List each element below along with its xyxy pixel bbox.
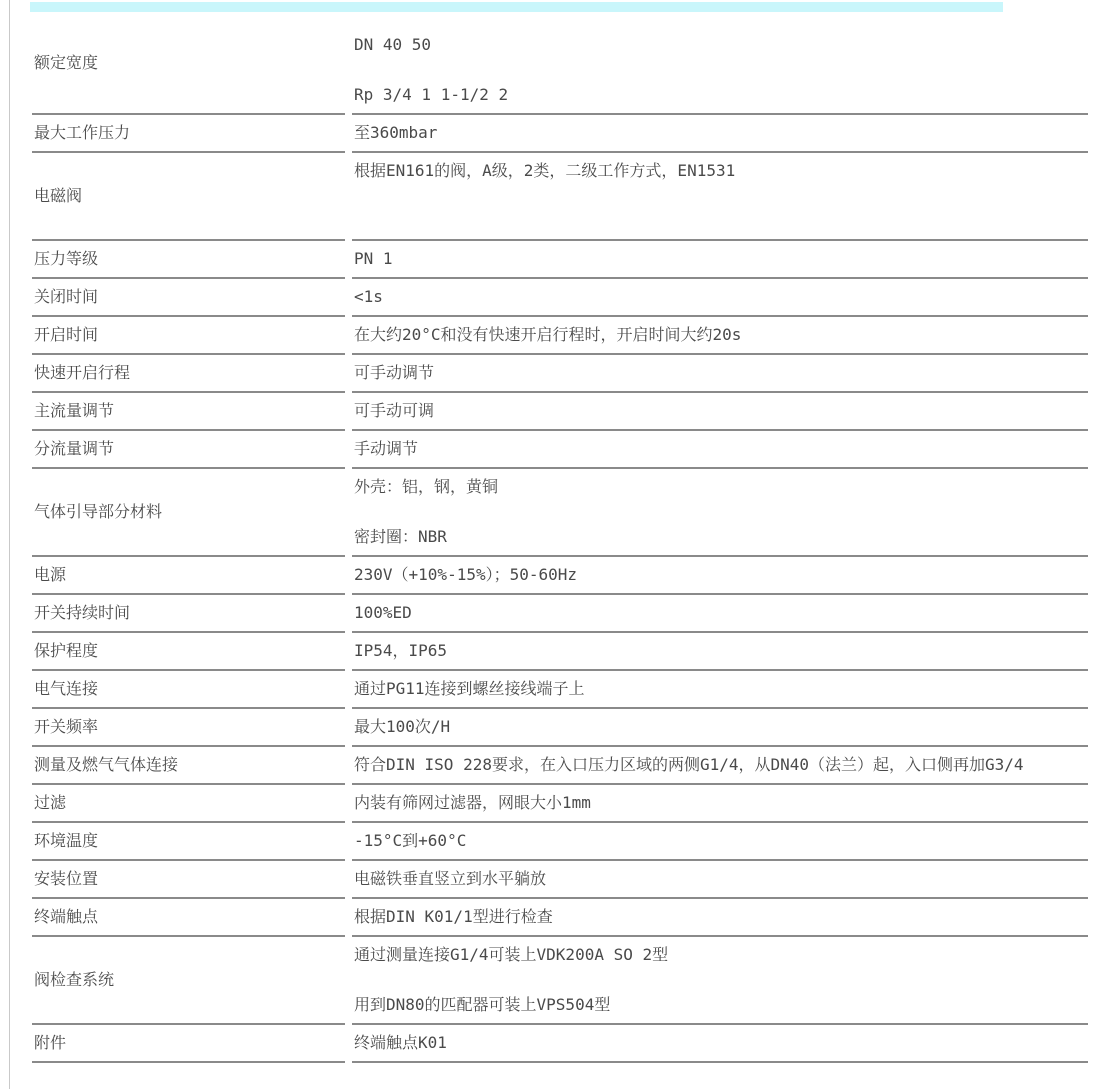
spec-label: 阀检查系统: [32, 937, 345, 1025]
spec-label: 关闭时间: [32, 279, 345, 317]
spec-label: 气体引导部分材料: [32, 469, 345, 557]
table-row: 关闭时间<1s: [32, 279, 1088, 317]
table-row: 附件终端触点K01: [32, 1025, 1088, 1063]
table-row: 阀检查系统通过测量连接G1/4可装上VDK200A SO 2型用到DN80的匹配…: [32, 937, 1088, 1025]
table-row: 保护程度IP54，IP65: [32, 633, 1088, 671]
spec-value-line: 可手动调节: [354, 362, 1086, 384]
table-row: 终端触点根据DIN K01/1型进行检查: [32, 899, 1088, 937]
table-row: 最大工作压力至360mbar: [32, 115, 1088, 153]
spec-label: 额定宽度: [32, 12, 345, 115]
spec-label: 压力等级: [32, 241, 345, 279]
spec-value-line: 100%ED: [354, 602, 1086, 624]
spec-value-line: 230V（+10%-15%）；50-60Hz: [354, 564, 1086, 586]
spec-value-line: 符合DIN ISO 228要求，在入口压力区域的两侧G1/4，从DN40（法兰）…: [354, 754, 1086, 776]
spec-value: <1s: [352, 279, 1088, 317]
spec-value: 100%ED: [352, 595, 1088, 633]
spec-value-line: 电磁铁垂直竖立到水平躺放: [354, 868, 1086, 890]
table-row: 额定宽度DN 40 50Rp 3/4 1 1-1/2 2: [32, 12, 1088, 115]
spec-value: 根据EN161的阀，A级，2类，二级工作方式，EN1531: [352, 153, 1088, 241]
page-left-rule: [9, 0, 10, 1089]
spec-value-line: 根据DIN K01/1型进行检查: [354, 906, 1086, 928]
spec-value: 可手动可调: [352, 393, 1088, 431]
spec-value: 内装有筛网过滤器，网眼大小1mm: [352, 785, 1088, 823]
spec-value: 手动调节: [352, 431, 1088, 469]
table-row: 安装位置电磁铁垂直竖立到水平躺放: [32, 861, 1088, 899]
spec-value-line: 在大约20°C和没有快速开启行程时，开启时间大约20s: [354, 324, 1086, 346]
spec-label: 终端触点: [32, 899, 345, 937]
spec-value-line: 可手动可调: [354, 400, 1086, 422]
table-row: 快速开启行程可手动调节: [32, 355, 1088, 393]
spec-value: IP54，IP65: [352, 633, 1088, 671]
spec-value-line: Rp 3/4 1 1-1/2 2: [354, 84, 1086, 106]
spec-label: 电磁阀: [32, 153, 345, 241]
spec-value: 最大100次/H: [352, 709, 1088, 747]
spec-table: 额定宽度DN 40 50Rp 3/4 1 1-1/2 2最大工作压力至360mb…: [25, 12, 1095, 1063]
header-bar: [30, 2, 1003, 12]
spec-table-body: 额定宽度DN 40 50Rp 3/4 1 1-1/2 2最大工作压力至360mb…: [32, 12, 1088, 1063]
spec-value: 至360mbar: [352, 115, 1088, 153]
spec-value: 通过PG11连接到螺丝接线端子上: [352, 671, 1088, 709]
spec-value-line: 外壳：铝，钢，黄铜: [354, 476, 1086, 498]
spec-label: 保护程度: [32, 633, 345, 671]
spec-value-line: DN 40 50: [354, 34, 1086, 56]
spec-value: 电磁铁垂直竖立到水平躺放: [352, 861, 1088, 899]
table-row: 测量及燃气气体连接符合DIN ISO 228要求，在入口压力区域的两侧G1/4，…: [32, 747, 1088, 785]
spec-label: 分流量调节: [32, 431, 345, 469]
spec-label: 安装位置: [32, 861, 345, 899]
spec-value: DN 40 50Rp 3/4 1 1-1/2 2: [352, 12, 1088, 115]
spec-value-line: 内装有筛网过滤器，网眼大小1mm: [354, 792, 1086, 814]
spec-value: -15°C到+60°C: [352, 823, 1088, 861]
spec-value: 通过测量连接G1/4可装上VDK200A SO 2型用到DN80的匹配器可装上V…: [352, 937, 1088, 1025]
spec-label: 测量及燃气气体连接: [32, 747, 345, 785]
spec-value-line: 根据EN161的阀，A级，2类，二级工作方式，EN1531: [354, 160, 1086, 182]
table-row: 开启时间在大约20°C和没有快速开启行程时，开启时间大约20s: [32, 317, 1088, 355]
table-row: 压力等级PN 1: [32, 241, 1088, 279]
spec-value-line: 最大100次/H: [354, 716, 1086, 738]
spec-label: 开关频率: [32, 709, 345, 747]
table-row: 主流量调节可手动可调: [32, 393, 1088, 431]
spec-label: 最大工作压力: [32, 115, 345, 153]
spec-value: 230V（+10%-15%）；50-60Hz: [352, 557, 1088, 595]
table-row: 环境温度-15°C到+60°C: [32, 823, 1088, 861]
table-row: 分流量调节手动调节: [32, 431, 1088, 469]
spec-label: 开关持续时间: [32, 595, 345, 633]
spec-label: 环境温度: [32, 823, 345, 861]
table-row: 气体引导部分材料外壳：铝，钢，黄铜密封圈：NBR: [32, 469, 1088, 557]
spec-value-line: 通过PG11连接到螺丝接线端子上: [354, 678, 1086, 700]
spec-value: 可手动调节: [352, 355, 1088, 393]
table-row: 电源230V（+10%-15%）；50-60Hz: [32, 557, 1088, 595]
table-row: 过滤内装有筛网过滤器，网眼大小1mm: [32, 785, 1088, 823]
spec-value: 根据DIN K01/1型进行检查: [352, 899, 1088, 937]
spec-value: 在大约20°C和没有快速开启行程时，开启时间大约20s: [352, 317, 1088, 355]
spec-label: 主流量调节: [32, 393, 345, 431]
table-row: 开关持续时间100%ED: [32, 595, 1088, 633]
spec-value: 符合DIN ISO 228要求，在入口压力区域的两侧G1/4，从DN40（法兰）…: [352, 747, 1088, 785]
table-row: 电气连接通过PG11连接到螺丝接线端子上: [32, 671, 1088, 709]
spec-value-line: 密封圈：NBR: [354, 526, 1086, 548]
spec-value-line: 通过测量连接G1/4可装上VDK200A SO 2型: [354, 944, 1086, 966]
spec-label: 电气连接: [32, 671, 345, 709]
spec-value-line: 终端触点K01: [354, 1032, 1086, 1054]
spec-label: 开启时间: [32, 317, 345, 355]
table-row: 开关频率最大100次/H: [32, 709, 1088, 747]
spec-value-line: 至360mbar: [354, 122, 1086, 144]
spec-value-line: <1s: [354, 286, 1086, 308]
spec-value-line: 手动调节: [354, 438, 1086, 460]
spec-value-line: -15°C到+60°C: [354, 830, 1086, 852]
spec-value-line: PN 1: [354, 248, 1086, 270]
spec-label: 附件: [32, 1025, 345, 1063]
spec-label: 快速开启行程: [32, 355, 345, 393]
spec-value: 终端触点K01: [352, 1025, 1088, 1063]
spec-value-line: [354, 210, 1086, 232]
spec-value-line: 用到DN80的匹配器可装上VPS504型: [354, 994, 1086, 1016]
spec-value-line: IP54，IP65: [354, 640, 1086, 662]
spec-label: 电源: [32, 557, 345, 595]
spec-label: 过滤: [32, 785, 345, 823]
table-row: 电磁阀根据EN161的阀，A级，2类，二级工作方式，EN1531: [32, 153, 1088, 241]
spec-value: 外壳：铝，钢，黄铜密封圈：NBR: [352, 469, 1088, 557]
spec-value: PN 1: [352, 241, 1088, 279]
